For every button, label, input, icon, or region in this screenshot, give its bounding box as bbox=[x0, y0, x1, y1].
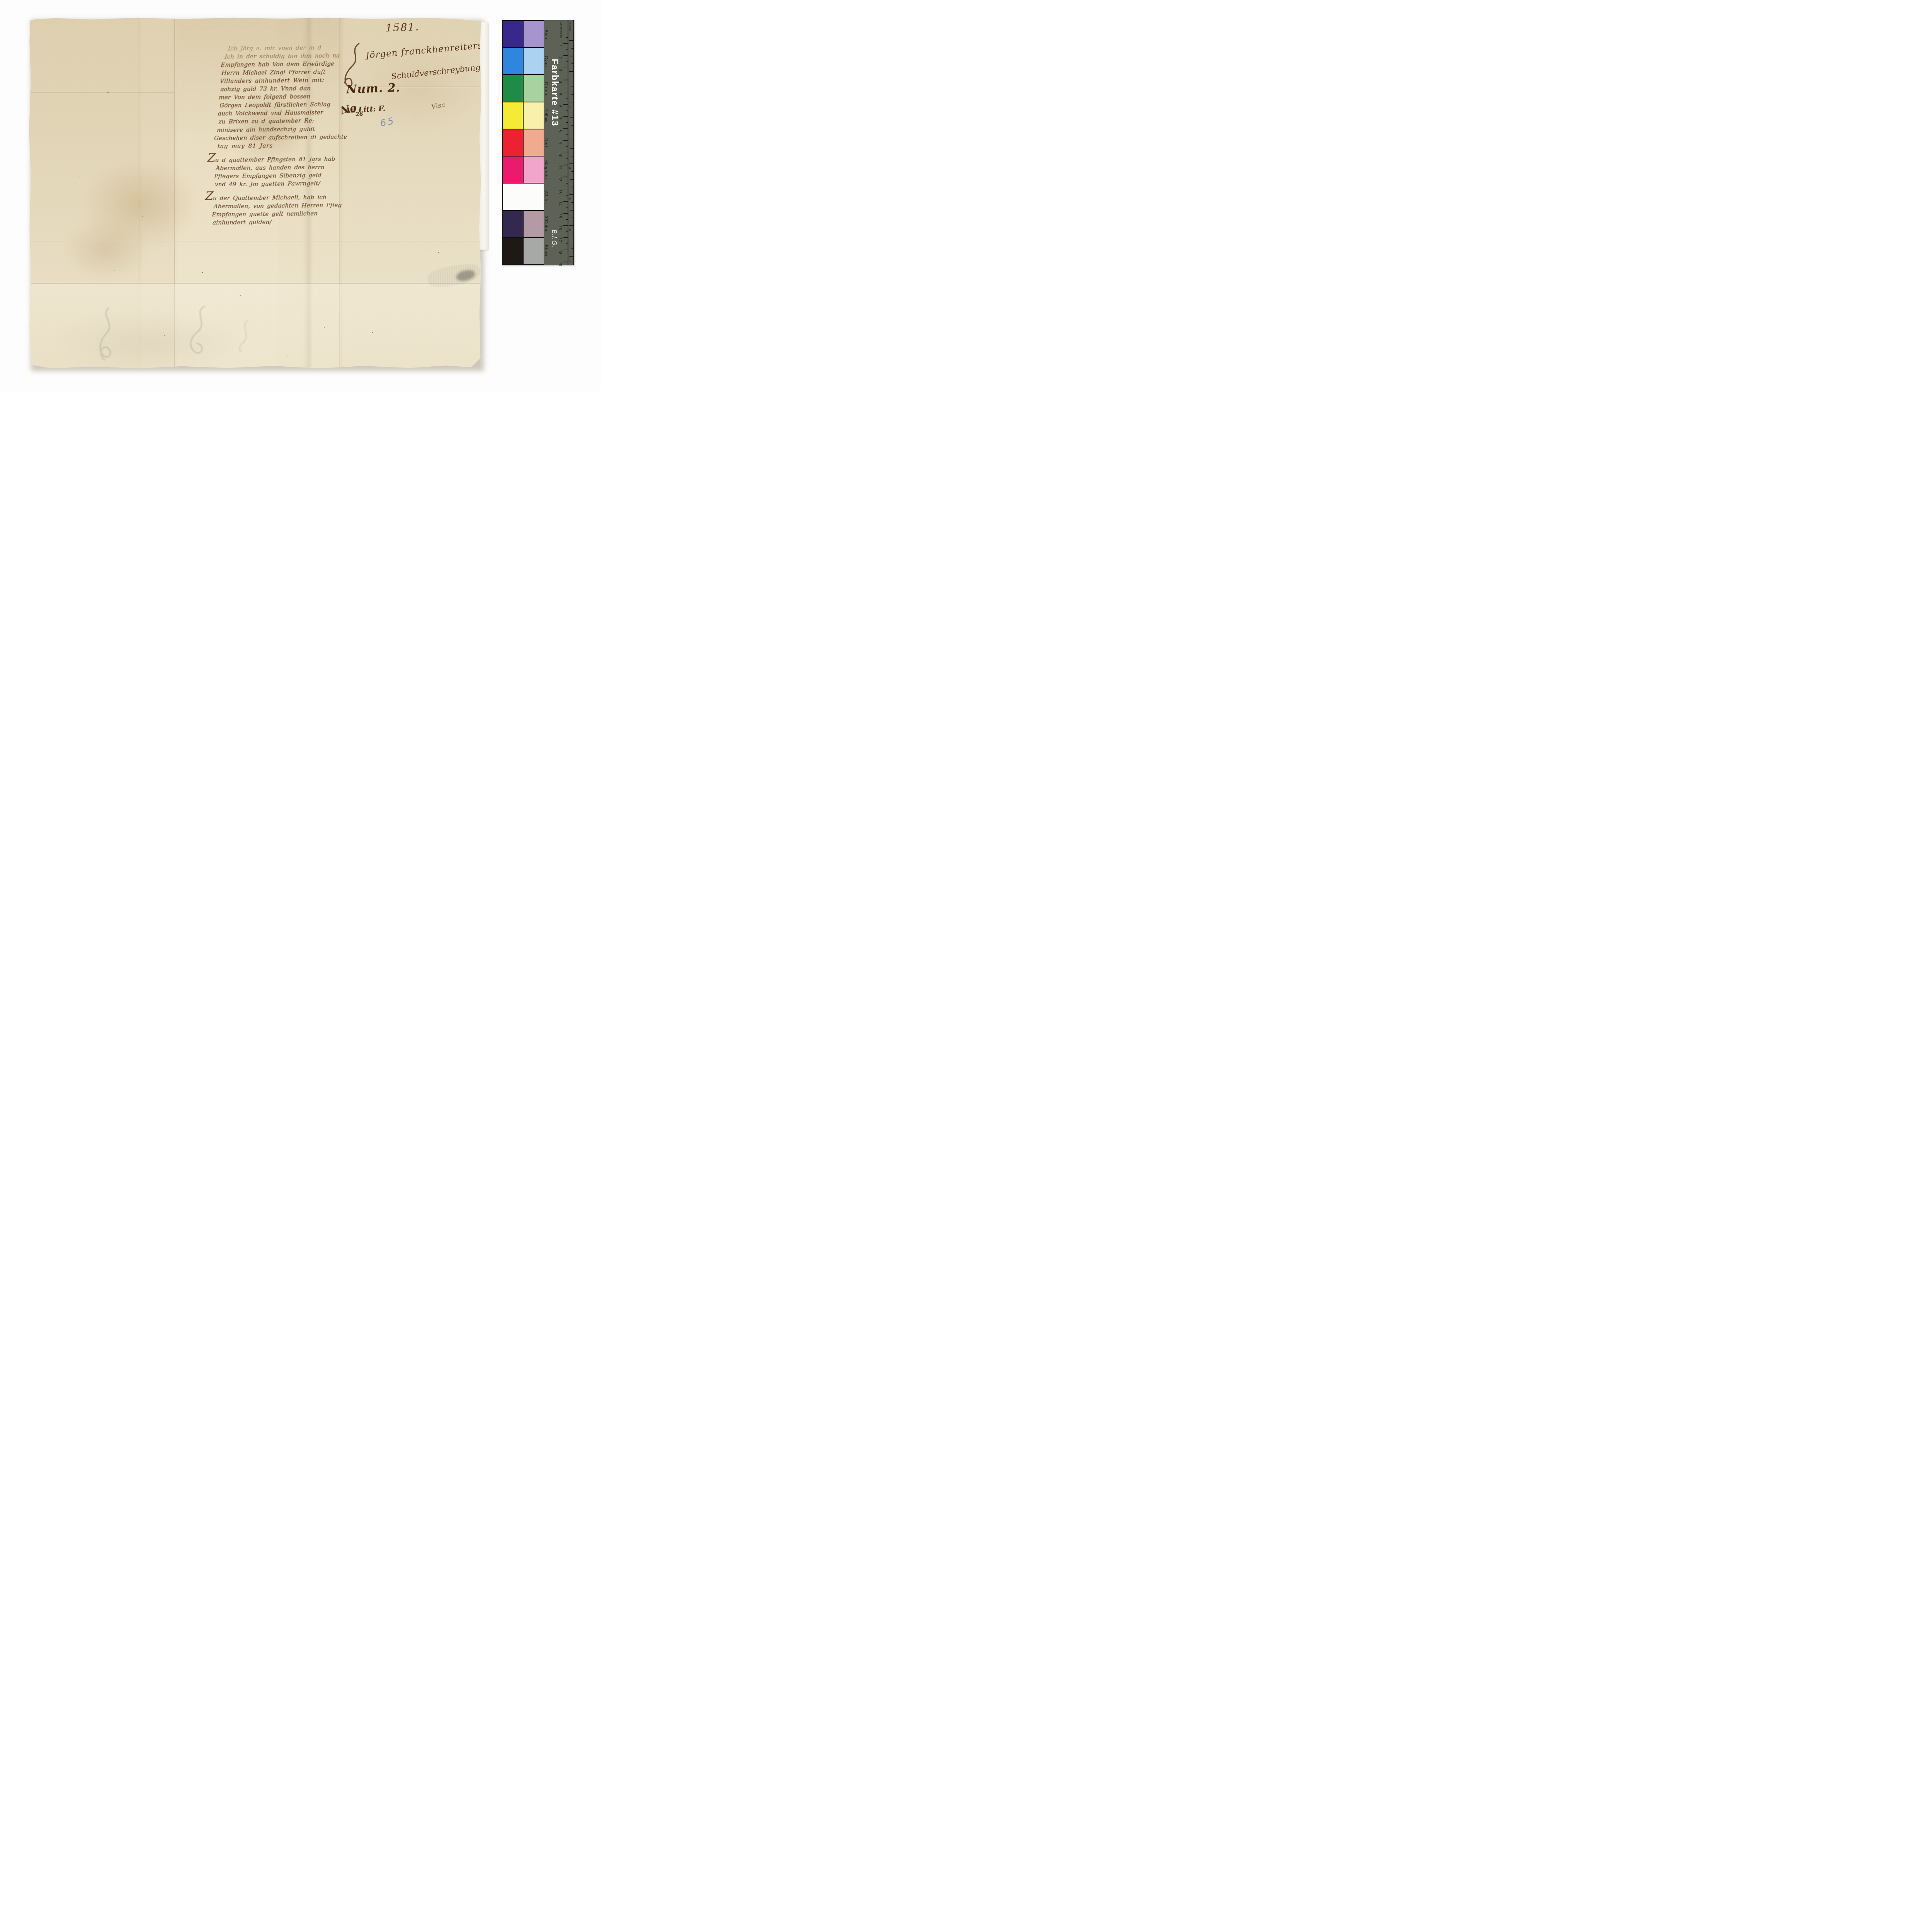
horizontal-crease bbox=[29, 241, 482, 242]
cm-tick bbox=[563, 43, 568, 44]
cm-tick bbox=[563, 55, 568, 56]
cm-tick bbox=[563, 250, 568, 250]
inch-tick bbox=[571, 187, 573, 187]
cm-tick bbox=[566, 207, 568, 208]
cm-tick bbox=[566, 231, 568, 232]
swatch-yellow-tint bbox=[524, 102, 544, 129]
cm-tick bbox=[563, 165, 568, 165]
inch-tick bbox=[571, 110, 573, 111]
inch-tick bbox=[570, 241, 573, 241]
cm-tick bbox=[566, 195, 568, 196]
inch-number: 7 bbox=[568, 260, 572, 262]
ad-litt-number: 26 bbox=[355, 111, 363, 118]
cm-tick bbox=[563, 116, 568, 117]
swatch-green-solid bbox=[503, 75, 523, 101]
cm-number: 17 bbox=[558, 238, 562, 242]
ink-speck bbox=[202, 272, 203, 273]
cm-tick bbox=[563, 68, 568, 68]
cm-number: 16 bbox=[558, 226, 562, 230]
cm-number: 19 bbox=[558, 262, 562, 266]
card-label-yellow: Yellow bbox=[544, 109, 548, 122]
cm-number: 9 bbox=[558, 142, 562, 144]
bleedthrough-doodle bbox=[94, 305, 122, 363]
card-brand: B.I.G. bbox=[550, 230, 557, 248]
swatch-3-color-solid bbox=[503, 211, 523, 237]
inch-number: 5 bbox=[568, 198, 572, 200]
inch-tick bbox=[571, 48, 573, 49]
swatch-cyan-tint bbox=[524, 48, 544, 74]
cm-tick bbox=[566, 98, 568, 99]
cm-number: 6 bbox=[558, 105, 562, 107]
ink-speck bbox=[240, 295, 241, 296]
ink-speck bbox=[164, 335, 165, 336]
inch-tick bbox=[570, 117, 573, 118]
swatch-yellow-solid bbox=[503, 102, 523, 129]
paper-stain bbox=[63, 218, 148, 280]
inch-tick bbox=[571, 171, 573, 172]
swatch-red-solid bbox=[503, 129, 523, 156]
inch-tick bbox=[569, 225, 573, 226]
cm-tick bbox=[563, 80, 568, 80]
ink-speck bbox=[114, 270, 115, 271]
cm-tick bbox=[566, 37, 568, 38]
cm-number: 3 bbox=[558, 69, 562, 71]
cm-number: 13 bbox=[558, 189, 562, 194]
cm-tick bbox=[566, 256, 568, 257]
inch-ruler-line bbox=[573, 20, 574, 265]
inch-tick bbox=[569, 40, 573, 41]
cm-tick bbox=[566, 146, 568, 147]
cm-number: 1 bbox=[558, 44, 562, 47]
ink-speck bbox=[142, 216, 143, 217]
swatch-magenta-tint bbox=[524, 156, 544, 183]
paragraph-initial: Z bbox=[205, 194, 213, 198]
inch-tick bbox=[571, 79, 573, 80]
cm-number: 15 bbox=[558, 214, 562, 218]
swatch-magenta-solid bbox=[503, 156, 523, 183]
cm-number: 4 bbox=[558, 81, 562, 83]
cm-tick bbox=[566, 183, 568, 184]
inch-tick bbox=[570, 56, 573, 56]
cm-number: 12 bbox=[558, 177, 562, 181]
inch-tick bbox=[569, 256, 573, 257]
annotation-num: Num. 2. bbox=[346, 81, 400, 97]
cm-tick bbox=[566, 171, 568, 172]
card-label-blue: Blue bbox=[544, 29, 548, 39]
cm-tick bbox=[566, 158, 568, 159]
cm-tick bbox=[563, 189, 568, 190]
swatch-red-tint bbox=[524, 129, 544, 156]
bleedthrough-doodle bbox=[233, 318, 256, 353]
inch-tick bbox=[570, 87, 573, 87]
cm-tick bbox=[563, 104, 568, 105]
inch-tick bbox=[571, 141, 573, 141]
cm-tick bbox=[563, 140, 568, 141]
swatch-blue-solid bbox=[503, 21, 523, 47]
cm-tick bbox=[563, 237, 568, 238]
swatch-blue-tint bbox=[524, 21, 544, 47]
inch-tick bbox=[571, 125, 573, 126]
cm-number: 8 bbox=[558, 129, 562, 132]
cm-ruler-label: Centimetres bbox=[560, 22, 563, 37]
manuscript-paragraph: Zu d quattember Pfingsten 81 Jars habAbe… bbox=[213, 155, 370, 189]
inch-tick bbox=[571, 202, 573, 203]
inch-tick bbox=[571, 156, 573, 156]
inch-number: 6 bbox=[568, 229, 572, 231]
annotation-ad-litt: Ad Litt: F.No26 bbox=[345, 105, 363, 118]
cm-number: 7 bbox=[558, 117, 562, 120]
card-label-3-color: 3/Color bbox=[544, 216, 548, 232]
inch-tick bbox=[569, 71, 573, 72]
ink-speck bbox=[438, 252, 439, 253]
swatch-cyan-solid bbox=[503, 48, 523, 74]
inch-tick bbox=[570, 179, 573, 180]
swatch-green-tint bbox=[524, 75, 544, 101]
manuscript-line: vnd 49 kr. Jm guetten Pawrngelt/ bbox=[214, 179, 368, 189]
horizontal-crease bbox=[29, 92, 174, 94]
card-label-magenta: Magenta bbox=[544, 160, 548, 179]
cm-tick bbox=[563, 153, 568, 153]
card-label-white: White bbox=[544, 190, 548, 203]
ink-speck bbox=[80, 176, 80, 177]
ink-speck bbox=[372, 332, 373, 333]
manuscript-paper: Ich Jörg e. mir vnen der m dIch in der s… bbox=[29, 17, 482, 369]
color-calibration-card: BlueCyanGreenYellowRedMagentaWhite3/Colo… bbox=[502, 20, 574, 265]
card-label-cyan: Cyan bbox=[544, 56, 548, 67]
card-gray-panel: BlueCyanGreenYellowRedMagentaWhite3/Colo… bbox=[543, 20, 574, 265]
cm-tick bbox=[563, 262, 568, 262]
swatch-black-solid bbox=[503, 238, 523, 264]
ink-speck bbox=[287, 355, 288, 355]
cm-tick bbox=[566, 110, 568, 111]
inch-tick bbox=[570, 210, 573, 211]
cm-tick bbox=[566, 86, 568, 87]
inch-tick bbox=[570, 148, 573, 149]
ink-speck bbox=[107, 92, 109, 93]
inch-tick bbox=[571, 248, 573, 249]
manuscript-paragraph: Zu der Quattember Michaeli, hab ichAberm… bbox=[211, 193, 367, 227]
inch-tick bbox=[569, 102, 573, 103]
cm-tick bbox=[566, 219, 568, 220]
card-label-black: Black bbox=[544, 245, 548, 257]
cm-number: 14 bbox=[558, 201, 562, 206]
card-label-green: Green bbox=[544, 82, 548, 95]
annotation-year: 1581. bbox=[385, 21, 419, 34]
inch-tick bbox=[571, 94, 573, 95]
cm-tick bbox=[563, 128, 568, 129]
inch-tick bbox=[569, 133, 573, 134]
inch-number: 3 bbox=[568, 136, 572, 138]
cm-tick bbox=[566, 49, 568, 50]
inch-ruler-label: Inches bbox=[568, 22, 572, 31]
ink-speck bbox=[427, 248, 427, 249]
manuscript-line: tag may 81 Jars bbox=[217, 141, 371, 150]
ink-speck bbox=[324, 327, 325, 328]
cm-number: 11 bbox=[558, 165, 562, 169]
cm-number: 18 bbox=[558, 250, 562, 254]
cm-tick bbox=[563, 201, 568, 202]
cm-tick bbox=[563, 92, 568, 93]
bleedthrough-doodle bbox=[182, 304, 215, 359]
swatch-3-color-tint bbox=[524, 211, 544, 237]
cm-tick bbox=[566, 134, 568, 135]
cm-tick bbox=[566, 122, 568, 123]
inch-number: 1 bbox=[568, 75, 572, 77]
inch-number: 4 bbox=[568, 167, 572, 169]
cm-number: 2 bbox=[558, 57, 562, 59]
manuscript-line: ainhundert gulden/ bbox=[212, 217, 366, 227]
swatch-black-tint bbox=[524, 238, 544, 264]
cm-tick bbox=[566, 243, 568, 244]
scanned-document: Ich Jörg e. mir vnen der m dIch in der s… bbox=[0, 0, 601, 391]
cm-tick bbox=[566, 61, 568, 62]
inch-tick bbox=[569, 194, 573, 195]
cm-number: 5 bbox=[558, 93, 562, 95]
cm-number: 10 bbox=[558, 153, 562, 157]
color-swatch-grid bbox=[502, 20, 544, 265]
card-label-red: Red bbox=[544, 138, 548, 147]
inch-tick bbox=[571, 218, 573, 218]
paragraph-initial: Z bbox=[207, 156, 215, 160]
inch-tick bbox=[571, 233, 573, 234]
cm-tick bbox=[563, 177, 568, 177]
inch-tick bbox=[569, 163, 573, 164]
swatch-white bbox=[503, 184, 544, 210]
cm-ruler-line bbox=[568, 20, 568, 265]
cm-tick bbox=[563, 225, 568, 226]
cm-tick bbox=[563, 213, 568, 214]
inch-number: 2 bbox=[568, 105, 572, 107]
cm-tick bbox=[566, 74, 568, 75]
inch-tick bbox=[571, 63, 573, 64]
